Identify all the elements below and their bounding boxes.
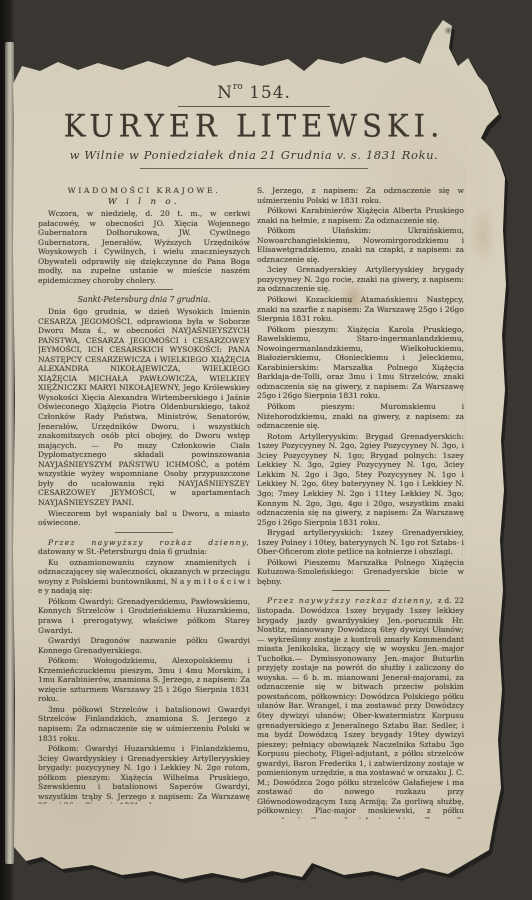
article-p-noindent: S. Jerzego, z napisem: Za odznaczenie si… — [257, 186, 464, 205]
article-p: Półkom pieszym: Xiążęcia Karola Pruskieg… — [257, 325, 464, 401]
issue-digits: 154. — [243, 83, 291, 103]
article-p: Dnia 6go grudnia, w dzień Wysokich Imien… — [38, 307, 250, 507]
article-p: Półkom pieszym: Muromskiemu i Niżehorodz… — [257, 402, 464, 431]
article-p: Półkom: Gwardyi Huzarskiemu i Finlandzki… — [38, 744, 250, 804]
newspaper-title: KURYER LITEWSKI. — [38, 108, 470, 144]
article-p: Półkom Gwardyi: Grenadyerskiemu, Pawłows… — [38, 597, 250, 635]
article-p: Półkowi Karabinierów Xiążęcia Alberta Pr… — [257, 206, 464, 225]
masthead-dateline: w Wilnie w Poniedziałek dnia 21 Grudnia … — [38, 148, 470, 162]
article-p: Półkom: Wołogodzkiemu, Alexopolskiemu i … — [38, 656, 250, 704]
column-right: S. Jerzego, z napisem: Za odznaczenie si… — [257, 186, 464, 819]
underlying-page-edges — [5, 42, 14, 864]
masthead: Nro 154. KURYER LITEWSKI. w Wilnie w Pon… — [38, 82, 470, 169]
issue-number: Nro 154. — [38, 82, 470, 103]
column-left: WIADOMOŚCI KRAJOWE.W i l n o.Wczora, w n… — [38, 186, 250, 804]
article-p: Wczora, w niedzielę, d. 20 t. m., w cerk… — [38, 209, 250, 285]
ink-smudge — [292, 52, 314, 64]
article-section-heading: WIADOMOŚCI KRAJOWE. — [38, 186, 250, 196]
article-p: Przez naywyższy rozkaz dzienny, datowany… — [38, 538, 250, 557]
article-p: 3mu półkowi Strzelców i batalionowi Gwar… — [38, 705, 250, 743]
article-dateline: Sankt-Petersburg dnia 7 grudnia. — [38, 295, 250, 305]
article-p: Półkowi Pieszemu Marszałka Polnego Xiążę… — [257, 558, 464, 587]
issue-prefix: N — [217, 83, 233, 103]
article-p: Półkowi Kozackiemu Atamańskiemu Następcy… — [257, 295, 464, 324]
article-p: 3ciey Grenadyerskiey Artylleryyskiey bry… — [257, 265, 464, 294]
article-place: W i l n o. — [38, 198, 250, 208]
divider-rule — [115, 289, 173, 290]
divider-rule — [332, 590, 390, 591]
article-p: Rotom Artylleryyskim: Brygad Grenadyersk… — [257, 432, 464, 527]
issue-superscript: ro — [233, 82, 243, 92]
paragraph-lead: Przez naywyższy rozkaz dzienny, — [48, 538, 250, 547]
paragraph-lead: Przez naywyższy rozkaz dzienny, — [267, 596, 438, 605]
ink-smudge — [326, 36, 340, 46]
article-p: Gwardyi Dragonów nazwanie półku Gwardyi … — [38, 636, 250, 655]
article-p: Ku oznamionowaniu czynow znamienitych i … — [38, 558, 250, 596]
article-p: Brygad artylleryyskich: 1szey Grenadyers… — [257, 528, 464, 557]
article-p: Półkom Ułańskim: Ukraińskiemu, Nowoarcha… — [257, 226, 464, 264]
ink-smudge — [198, 45, 238, 61]
masthead-rule-bottom — [140, 168, 368, 169]
article-p: Wieczorem był wspaniały bal u Dworu, a m… — [38, 509, 250, 528]
paper-stain — [470, 205, 496, 265]
masthead-rule-top — [178, 106, 330, 107]
newspaper-page: Nro 154. KURYER LITEWSKI. w Wilnie w Pon… — [0, 0, 532, 900]
divider-rule — [115, 532, 173, 533]
article-p: Przez naywyższy rozkaz dzienny, z d. 22 … — [257, 596, 464, 819]
